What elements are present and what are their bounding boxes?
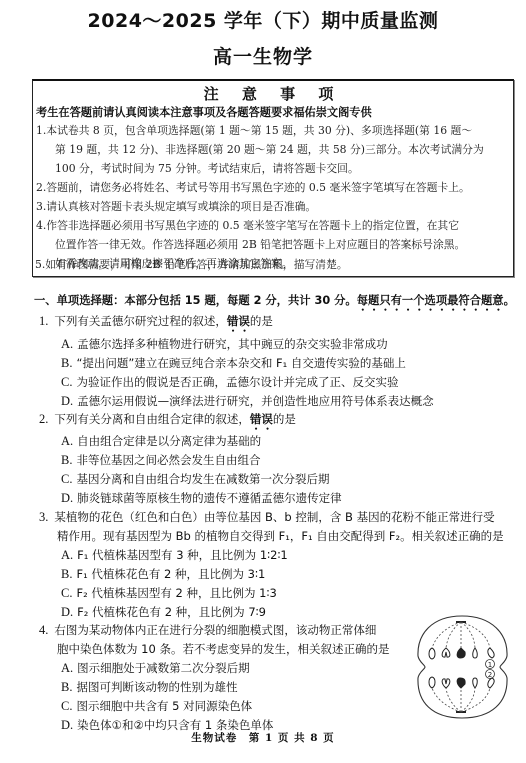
stem-text-end: 的是 xyxy=(273,412,296,426)
notice-line-1: 1.本试卷共 8 页，包含单项选择题(第 1 题～第 15 题，共 30 分)、… xyxy=(36,123,472,138)
question-4-option-a[interactable]: A.图示细胞处于减数第二次分裂后期 xyxy=(61,660,250,676)
exam-subject: 高一生物学 xyxy=(0,42,526,69)
option-text: 非等位基因之间必然会发生自由组合 xyxy=(76,453,260,467)
question-number: 2. xyxy=(39,412,48,426)
option-text: 据图可判断该动物的性别为雄性 xyxy=(76,680,237,694)
stem-text: 下列有关孟德尔研究过程的叙述， xyxy=(54,314,227,328)
option-text: 肺炎链球菌等原核生物的遗传不遵循孟德尔遗传定律 xyxy=(77,491,342,505)
question-3-option-d[interactable]: D.F₂ 代植株花色有 2 种，且比例为 7∶9 xyxy=(61,604,266,620)
option-letter: A. xyxy=(61,548,73,562)
svg-text:1: 1 xyxy=(488,661,492,669)
option-text: F₂ 代植株基因型有 2 种，且比例为 1∶3 xyxy=(76,586,276,600)
option-text: 孟德尔选择多种植物进行研究，其中豌豆的杂交实验非常成功 xyxy=(77,337,388,351)
option-letter: A. xyxy=(61,337,73,351)
question-2-option-c[interactable]: C.基因分离和自由组合均发生在减数第一次分裂后期 xyxy=(61,471,329,487)
notice-line-6: 4.作答非选择题必须用书写黑色字迹的 0.5 毫米签字笔写在答题卡上的指定位置，… xyxy=(36,218,459,233)
option-text: 孟德尔运用假说—演绎法进行研究，并创造性地应用符号体系表达概念 xyxy=(77,394,434,408)
notice-title: 注 意 事 项 xyxy=(33,83,513,104)
option-text: 图示细胞处于减数第二次分裂后期 xyxy=(77,661,250,675)
question-4-stem-line-1: 4.右图为某动物体内正在进行分裂的细胞模式图，该动物正常体细 xyxy=(39,622,376,638)
option-letter: A. xyxy=(61,661,73,675)
question-2-option-a[interactable]: A.自由组合定律是以分离定律为基础的 xyxy=(61,433,261,449)
option-text: 基因分离和自由组合均发生在减数第一次分裂后期 xyxy=(76,472,329,486)
notice-line-5: 3.请认真核对答题卡表头规定填写或填涂的项目是否准确。 xyxy=(36,199,316,214)
option-letter: D. xyxy=(61,394,73,408)
question-4-option-c[interactable]: C.图示细胞中共含有 5 对同源染色体 xyxy=(61,698,252,714)
notice-line-4: 2.答题前，请您务必将姓名、考试号等用书写黑色字迹的 0.5 毫米签字笔填写在答… xyxy=(36,180,470,195)
section-heading-emphasis: 每题只有一个选项最符合题意。 xyxy=(357,294,515,307)
question-4-stem-line-2: 胞中染色体数为 10 条。若不考虑变异的发生，相关叙述正确的是 xyxy=(57,641,389,657)
stem-emphasis: 错误 xyxy=(250,412,273,426)
option-letter: A. xyxy=(61,434,73,448)
option-letter: C. xyxy=(61,472,72,486)
notice-line-3: 100 分，考试时间为 75 分钟。考试结束后，请将答题卡交回。 xyxy=(55,161,359,176)
option-letter: D. xyxy=(61,605,73,619)
stem-emphasis: 错误 xyxy=(227,314,250,328)
question-1-option-a[interactable]: A.孟德尔选择多种植物进行研究，其中豌豆的杂交实验非常成功 xyxy=(61,336,388,352)
notice-lead: 考生在答题前请认真阅读本注意事项及各题答题要求福佑崇文阁专供 xyxy=(36,104,372,120)
option-text: F₂ 代植株花色有 2 种，且比例为 7∶9 xyxy=(77,605,266,619)
notice-box: 注 意 事 项 考生在答题前请认真阅读本注意事项及各题答题要求福佑崇文阁专供 1… xyxy=(32,79,514,277)
option-text: “提出问题”建立在豌豆纯合亲本杂交和 F₁ 自交遗传实验的基础上 xyxy=(76,356,405,370)
option-letter: D. xyxy=(61,491,73,505)
option-letter: C. xyxy=(61,586,72,600)
option-letter: B. xyxy=(61,680,72,694)
option-text: 自由组合定律是以分离定律为基础的 xyxy=(77,434,261,448)
cell-division-figure: 1 2 xyxy=(412,612,514,722)
notice-line-7: 位置作答一律无效。作答选择题必须用 2B 铅笔把答题卡上对应题目的答案标号涂黑。 xyxy=(55,237,465,252)
option-letter: B. xyxy=(61,453,72,467)
option-text: F₁ 代植株花色有 2 种，且比例为 3∶1 xyxy=(76,567,265,581)
option-letter: B. xyxy=(61,356,72,370)
svg-text:2: 2 xyxy=(488,671,492,679)
question-1-option-c[interactable]: C.为验证作出的假说是否正确，孟德尔设计并完成了正、反交实验 xyxy=(61,374,398,390)
option-text: 为验证作出的假说是否正确，孟德尔设计并完成了正、反交实验 xyxy=(76,375,398,389)
question-2-option-d[interactable]: D.肺炎链球菌等原核生物的遗传不遵循孟德尔遗传定律 xyxy=(61,490,342,506)
stem-text-end: 的是 xyxy=(250,314,273,328)
question-2-option-b[interactable]: B.非等位基因之间必然会发生自由组合 xyxy=(61,452,260,468)
question-number: 4. xyxy=(39,623,48,637)
option-text: 图示细胞中共含有 5 对同源染色体 xyxy=(76,699,252,713)
question-3-option-c[interactable]: C.F₂ 代植株基因型有 2 种，且比例为 1∶3 xyxy=(61,585,277,601)
question-number: 3. xyxy=(39,510,48,524)
question-4-option-b[interactable]: B.据图可判断该动物的性别为雄性 xyxy=(61,679,237,695)
option-letter: C. xyxy=(61,375,72,389)
option-text: F₁ 代植株基因型有 3 种，且比例为 1∶2∶1 xyxy=(77,548,288,562)
question-3-option-a[interactable]: A.F₁ 代植株基因型有 3 种，且比例为 1∶2∶1 xyxy=(61,547,288,563)
notice-line-2: 第 19 题，共 12 分)、非选择题(第 20 题～第 24 题，共 58 分… xyxy=(55,142,484,157)
question-1-stem: 1.下列有关孟德尔研究过程的叙述，错误的是 xyxy=(39,313,273,335)
question-1-option-d[interactable]: D.孟德尔运用假说—演绎法进行研究，并创造性地应用符号体系表达概念 xyxy=(61,393,434,409)
question-3-stem-line-2: 精作用。现有基因型为 Bb 的植物自交得到 F₁，F₁ 自由交配得到 F₂。相关… xyxy=(57,528,504,544)
question-2-stem: 2.下列有关分离和自由组合定律的叙述，错误的是 xyxy=(39,411,296,433)
section-heading: 一、单项选择题：本部分包括 15 题，每题 2 分，共计 30 分。每题只有一个… xyxy=(34,292,515,314)
question-3-stem-line-1: 3.某植物的花色（红色和白色）由等位基因 B、b 控制，含 B 基因的花粉不能正… xyxy=(39,509,495,525)
stem-text: 下列有关分离和自由组合定律的叙述， xyxy=(54,412,250,426)
option-letter: C. xyxy=(61,699,72,713)
section-heading-main: 一、单项选择题：本部分包括 15 题，每题 2 分，共计 30 分。 xyxy=(34,294,357,307)
question-number: 1. xyxy=(39,314,48,328)
option-letter: B. xyxy=(61,567,72,581)
question-3-option-b[interactable]: B.F₁ 代植株花色有 2 种，且比例为 3∶1 xyxy=(61,566,265,582)
stem-text: 某植物的花色（红色和白色）由等位基因 B、b 控制，含 B 基因的花粉不能正常进… xyxy=(54,510,494,524)
notice-line-9: 5.如有作图需要，可用 2B 铅笔作答，并请加黑加粗，描写清楚。 xyxy=(35,257,348,272)
exam-title: 2024～2025 学年（下）期中质量监测 xyxy=(0,6,526,33)
question-1-option-b[interactable]: B.“提出问题”建立在豌豆纯合亲本杂交和 F₁ 自交遗传实验的基础上 xyxy=(61,355,406,371)
cell-diagram-icon: 1 2 xyxy=(412,612,514,722)
page-footer: 生物试卷 第 1 页 共 8 页 xyxy=(0,730,526,745)
stem-text: 右图为某动物体内正在进行分裂的细胞模式图，该动物正常体细 xyxy=(54,623,376,637)
